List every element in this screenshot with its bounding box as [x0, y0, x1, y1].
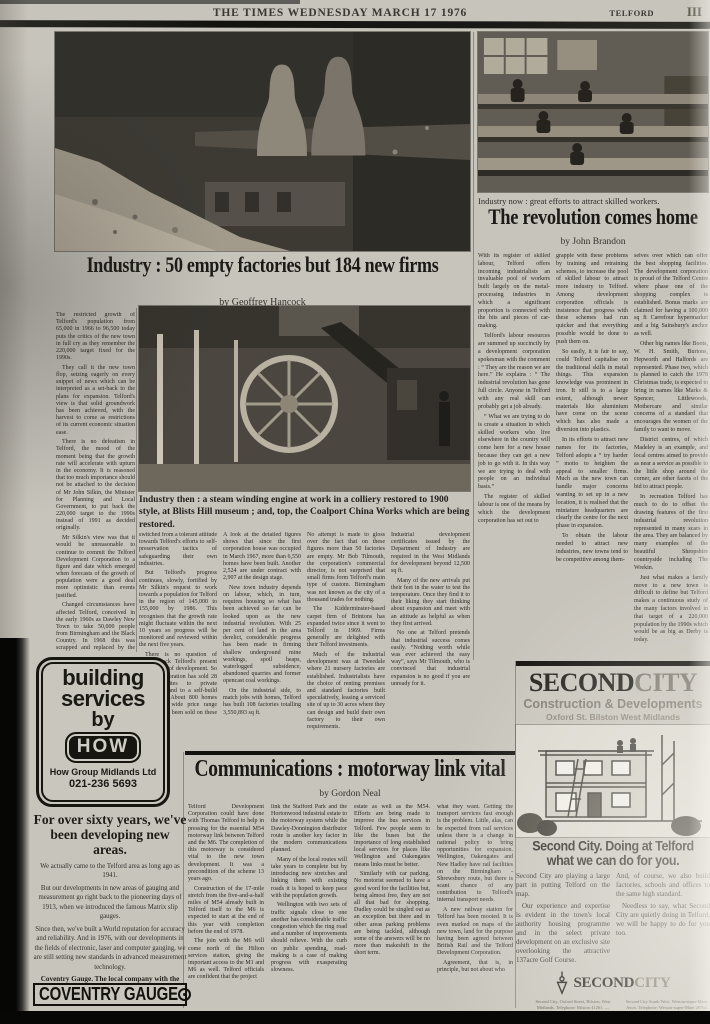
coventry-ad-headline: For over sixty years, we've been develop… [33, 813, 187, 858]
second-city-ad: SECONDCITY Construction & Developments O… [516, 670, 710, 1008]
bottom-article-headline: Communications : motorway link vital [195, 757, 506, 784]
ad-paragraph: Second City are playing a large part in … [516, 872, 610, 899]
right-article-headline: The revolution comes home [488, 206, 698, 232]
ad-paragraph: And, of course, we also build factories,… [616, 872, 710, 899]
masthead-title: THE TIMES WEDNESDAY MARCH 17 1976 [60, 7, 620, 19]
article-paragraph: Mr Silkin's view was that it would be un… [56, 535, 135, 600]
how-logo: HOW [65, 732, 141, 763]
article-paragraph: With its register of skilled labour, Tel… [478, 253, 550, 331]
house-construction-illustration [516, 725, 710, 837]
article-paragraph: District centres, of which Madeley is an… [634, 437, 708, 492]
main-photo-caption: Industry then : a steam winding engine a… [139, 494, 470, 531]
ad-paragraph: Our experience and expertise is evident … [516, 902, 610, 966]
masthead-section-label: TELFORD [609, 8, 654, 18]
article-paragraph: Telford's labour resources are summed up… [478, 333, 550, 411]
bottom-article-column-4: what they want. Getting the transport se… [437, 804, 513, 1008]
steam-engine-photo [139, 306, 470, 491]
article-paragraph: On the industrial side, to match jobs wi… [223, 688, 301, 717]
article-paragraph: The join with the M6 will come north of … [188, 938, 264, 981]
factory-workers-photo-art [478, 32, 708, 192]
article-paragraph: what they want. Getting the transport se… [437, 804, 513, 905]
second-city-tagline: Second City. Doing at Telford what we ca… [516, 840, 710, 869]
second-city-footer-logo-text: SECONDCITY [573, 975, 670, 992]
second-city-subtitle: Construction & Developments [516, 697, 710, 711]
right-article-byline: by John Brandon [478, 237, 708, 247]
article-paragraph: But Telford's progress continues, slowly… [139, 570, 217, 649]
article-paragraph: Telford Development Corporation could ha… [188, 804, 264, 883]
article-paragraph: A look at the detailed figures shows tha… [223, 532, 301, 582]
second-city-logo-first: SECOND [529, 668, 634, 697]
article-paragraph: Agreement, that is, in principle, but no… [437, 960, 513, 974]
right-article-column-1: With its register of skilled labour, Tel… [478, 253, 550, 657]
article-paragraph: No one at Telford pretends that industri… [391, 630, 470, 688]
article-paragraph: Construction of the 17-mile stretch from… [188, 886, 264, 936]
second-city-ad-body: Second City are playing a large part in … [516, 872, 710, 968]
article-paragraph: selves over which can offer the best sho… [634, 253, 708, 339]
how-company-name: How Group Midlands Ltd [43, 767, 163, 777]
second-city-tagline-line1: Second City. Doing at Telford [516, 840, 710, 854]
second-city-address: Oxford St. Bilston West Midlands [516, 712, 710, 722]
article-paragraph: The restricted growth of Telford's popul… [56, 312, 135, 362]
coventry-gauge-ad: For over sixty years, we've been develop… [33, 813, 187, 1006]
article-paragraph: Other big names like Boots, W. H. Smith,… [634, 341, 708, 435]
main-article-headline-wrap: Industry : 50 empty factories but 184 ne… [55, 255, 470, 276]
second-city-tagline-line2: what we can do for you. [516, 854, 710, 868]
article-paragraph: So easily, it is fair to say, could Telf… [556, 349, 628, 435]
article-paragraph: Many of the new arrivals put their feet … [391, 578, 470, 628]
article-paragraph: Changed circumstances have affected Telf… [56, 602, 135, 652]
second-city-ad-rule [516, 661, 710, 666]
article-paragraph: They call it the new town flop, seizing … [56, 365, 135, 437]
plumb-bob-icon [555, 970, 569, 996]
article-paragraph: A new railway station for Telford has be… [437, 907, 513, 957]
main-article-column-3: A look at the detailed figures shows tha… [223, 532, 301, 748]
article-paragraph: Similarly with car parking. No motorist … [354, 871, 430, 957]
house-illustration-art [516, 725, 710, 837]
article-paragraph: estate as well as the M54. Efforts are b… [354, 804, 430, 869]
main-article-headline: Industry : 50 empty factories but 184 ne… [87, 253, 439, 279]
article-paragraph: link the Stafford Park and the Hortonwoo… [271, 804, 347, 854]
article-paragraph: Wellington with two sets of traffic sign… [271, 902, 347, 974]
article-paragraph: Industrial development certificates issu… [391, 532, 470, 575]
article-paragraph: grapple with these problems by training … [556, 253, 628, 347]
how-ad-line3: by [43, 710, 163, 730]
scan-edge-left [0, 638, 30, 1024]
main-article-column-4: No attempt is made to gloss over the fac… [307, 532, 385, 748]
how-ad-line2: services [43, 689, 163, 710]
second-city-logo-second: CITY [634, 668, 697, 697]
coventry-gauge-mark-icon [178, 988, 191, 1001]
coventry-gauge-logo-bar: COVENTRY GAUGE [33, 983, 187, 1006]
bottom-article-column-3: estate as well as the M54. Efforts are b… [354, 804, 430, 1008]
second-city-ad-column-2: And, of course, we also build factories,… [616, 872, 710, 968]
steam-engine-photo-art [139, 306, 470, 491]
second-city-footer-logo: SECONDCITY [516, 970, 710, 996]
right-article-kicker: Industry now : great efforts to attract … [478, 196, 708, 206]
bottom-article-byline: by Gordon Neal [185, 789, 515, 799]
ad-paragraph: We actually came to the Telford area as … [33, 862, 187, 881]
bottom-article-headline-wrap: Communications : motorway link vital [185, 759, 515, 781]
article-paragraph: The Kidderminster-based carpet firm of B… [307, 606, 385, 649]
article-paragraph: “ What we are trying to do is create a s… [478, 414, 550, 492]
how-ad-inner: building services by HOW How Group Midla… [41, 662, 165, 802]
bottom-article-column-1: Telford Development Corporation could ha… [188, 804, 264, 1008]
right-article-headline-wrap: The revolution comes home [478, 208, 708, 229]
article-paragraph: There is no defeatism in Telford, the mo… [56, 439, 135, 532]
how-building-services-ad: building services by HOW How Group Midla… [36, 657, 170, 807]
right-article-column-2: grapple with these problems by training … [556, 253, 628, 657]
bottom-article-column-2: link the Stafford Park and the Hortonwoo… [271, 804, 347, 1008]
factory-workers-photo [478, 32, 708, 192]
masthead-rule [0, 20, 710, 29]
coalport-kilns-photo-art [55, 32, 470, 251]
how-phone-number: 021-236 5693 [43, 778, 163, 790]
article-paragraph: Just what makes a family move to a new t… [634, 575, 708, 645]
right-article-column-3: selves over which can offer the best sho… [634, 253, 708, 657]
article-paragraph: Much of the industrial development was a… [307, 652, 385, 731]
second-city-ad-column-1: Second City are playing a large part in … [516, 872, 610, 968]
article-paragraph: The register of skilled labour is one of… [478, 494, 550, 525]
scan-edge-top [0, 0, 300, 4]
scan-edge-bottom [0, 1011, 710, 1024]
article-paragraph: No attempt is made to gloss over the fac… [307, 532, 385, 604]
coventry-gauge-logo: COVENTRY GAUGE [39, 984, 178, 1004]
article-paragraph: To obtain the labour needed to attract n… [556, 533, 628, 564]
coventry-ad-body: We actually came to the Telford area as … [33, 862, 187, 973]
page-number: III [687, 4, 702, 20]
column-rule [473, 32, 474, 660]
coalport-kilns-photo [55, 32, 470, 251]
article-paragraph: New town industry depends on labour, whi… [223, 585, 301, 686]
newspaper-page: THE TIMES WEDNESDAY MARCH 17 1976 TELFOR… [0, 0, 710, 1024]
ad-paragraph: But our developments in new areas of gau… [33, 884, 187, 922]
ad-paragraph: Since then, we've built a World reputati… [33, 925, 187, 973]
article-paragraph: In its efforts to attract new names for … [556, 437, 628, 531]
article-paragraph: In recreation Telford has much to do to … [634, 494, 708, 572]
article-paragraph: Many of the local routes will take years… [271, 857, 347, 900]
column-rule [136, 308, 137, 652]
main-article-column-1: The restricted growth of Telford's popul… [56, 312, 135, 652]
main-article-column-5: Industrial development certificates issu… [391, 532, 470, 748]
article-paragraph: switched from a tolerant attitude toward… [139, 532, 217, 568]
ad-paragraph: Needless to say, what Second City are qu… [616, 902, 710, 938]
bottom-article-rule [185, 751, 515, 755]
second-city-logo: SECONDCITY [516, 670, 710, 696]
